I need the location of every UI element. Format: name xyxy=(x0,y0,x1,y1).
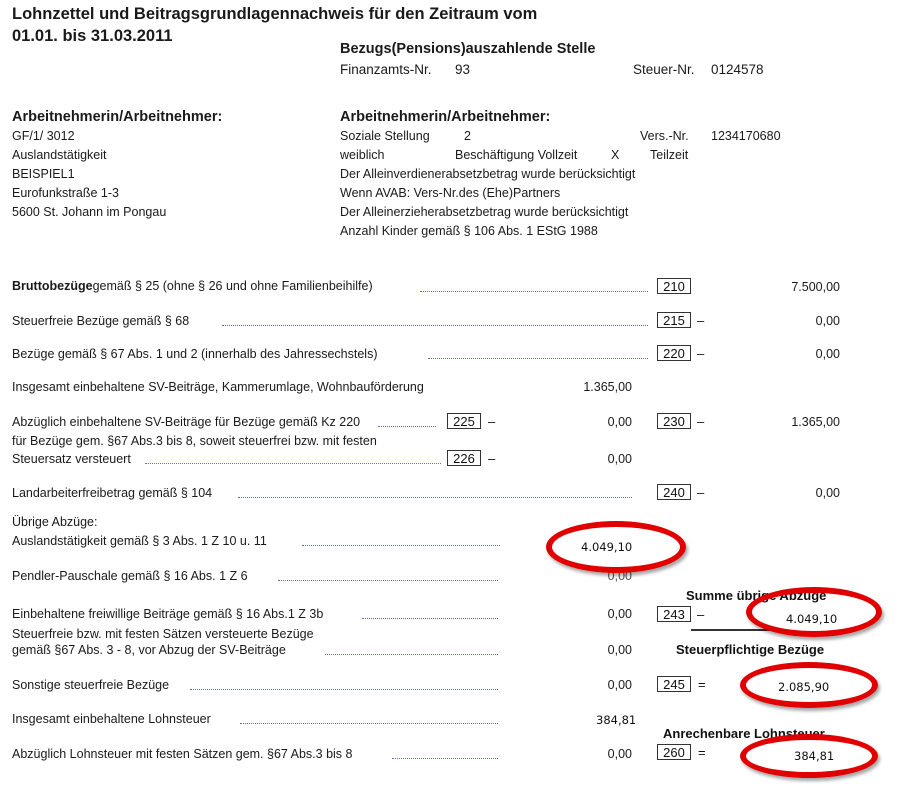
dot-leader xyxy=(145,463,441,464)
kz-245: 245 xyxy=(657,676,691,692)
sonstige-label: Sonstige steuerfreie Bezüge xyxy=(12,678,169,692)
ausland-label: Auslandstätigkeit gemäß § 3 Abs. 1 Z 10 … xyxy=(12,534,267,548)
kz-243: 243 xyxy=(657,606,691,622)
kz-226: 226 xyxy=(447,450,481,466)
sv67-label-line2: Steuersatz versteuert xyxy=(12,452,131,466)
equals-sign: = xyxy=(698,745,706,760)
payer-heading: Bezugs(Pensions)auszahlende Stelle xyxy=(340,41,595,57)
beschaeftigung-label: Beschäftigung Vollzeit xyxy=(455,148,577,162)
minus-sign: – xyxy=(488,451,495,466)
dot-leader xyxy=(325,654,498,655)
document-title-line1: Lohnzettel und Beitragsgrundlagennachwei… xyxy=(12,5,537,24)
minus-sign: – xyxy=(697,607,704,622)
steuer-nr-label: Steuer-Nr. xyxy=(633,62,695,77)
aeab-line: Der Alleinerzieherabsetzbetrag wurde ber… xyxy=(340,205,628,219)
dot-leader xyxy=(238,497,632,498)
kz-215: 215 xyxy=(657,312,691,328)
kz-260: 260 xyxy=(657,744,691,760)
kinder-line: Anzahl Kinder gemäß § 106 Abs. 1 EStG 19… xyxy=(340,224,598,238)
festsatz-label-line2: gemäß §67 Abs. 3 - 8, vor Abzug der SV-B… xyxy=(12,643,286,657)
kz-220: 220 xyxy=(657,345,691,361)
festsatz-label-line1: Steuerfreie bzw. mit festen Sätzen verst… xyxy=(12,627,314,641)
festsatz-value: 0,00 xyxy=(552,643,632,657)
employee-activity: Auslandstätigkeit xyxy=(12,148,107,162)
sv-total-value: 1.365,00 xyxy=(552,380,632,394)
sv-total-label: Insgesamt einbehaltene SV-Beiträge, Kamm… xyxy=(12,380,424,394)
dot-leader xyxy=(302,545,500,546)
steuerpflichtig-label: Steuerpflichtige Bezüge xyxy=(676,642,824,657)
uebrige-heading: Übrige Abzüge: xyxy=(12,515,97,529)
kz-210: 210 xyxy=(657,278,691,294)
anrechenbar-value: 384,81 xyxy=(794,749,834,763)
sv67-value: 0,00 xyxy=(552,452,632,466)
kz-240: 240 xyxy=(657,484,691,500)
lohnsteuer-fest-label: Abzüglich Lohnsteuer mit festen Sätzen g… xyxy=(12,747,353,761)
vollzeit-mark: X xyxy=(611,148,619,162)
minus-sign: – xyxy=(697,485,704,500)
dot-leader xyxy=(378,426,436,427)
gender: weiblich xyxy=(340,148,384,162)
sonstige-mid-value: 0,00 xyxy=(552,678,632,692)
brutto-label: Bruttobezügegemäß § 25 (ohne § 26 und oh… xyxy=(12,279,373,293)
equals-sign: = xyxy=(698,677,706,692)
ausland-value: 4.049,10 xyxy=(581,540,632,554)
document-title-line2: 01.01. bis 31.03.2011 xyxy=(12,27,173,46)
minus-sign: – xyxy=(697,346,704,361)
dot-leader xyxy=(362,618,498,619)
freiwillig-label: Einbehaltene freiwillige Beiträge gemäß … xyxy=(12,607,323,621)
steuerfrei68-label: Steuerfreie Bezüge gemäß § 68 xyxy=(12,314,189,328)
pendler-label: Pendler-Pauschale gemäß § 16 Abs. 1 Z 6 xyxy=(12,569,248,583)
minus-sign: – xyxy=(697,313,704,328)
dot-leader xyxy=(278,580,498,581)
soziale-stellung-label: Soziale Stellung xyxy=(340,129,430,143)
vers-nr-value: 1234170680 xyxy=(711,129,781,143)
employee-left-heading: Arbeitnehmerin/Arbeitnehmer: xyxy=(12,109,222,125)
lohnsteuer-total-value: 384,81 xyxy=(596,713,636,727)
dot-leader xyxy=(420,291,648,292)
lohnsteuer-fest-mid-value: 0,00 xyxy=(552,747,632,761)
finanzamt-value: 93 xyxy=(455,62,470,77)
sv220-label: Abzüglich einbehaltene SV-Beiträge für B… xyxy=(12,415,360,429)
steuerpflichtig-value: 2.085,90 xyxy=(778,680,829,694)
bezuege67-label: Bezüge gemäß § 67 Abs. 1 und 2 (innerhal… xyxy=(12,347,378,361)
kz-230: 230 xyxy=(657,413,691,429)
brutto-label-text: gemäß § 25 (ohne § 26 und ohne Familienb… xyxy=(93,279,373,293)
avab-line: Der Alleinverdienerabsetzbetrag wurde be… xyxy=(340,167,635,181)
employee-id: GF/1/ 3012 xyxy=(12,129,75,143)
employee-right-heading: Arbeitnehmerin/Arbeitnehmer: xyxy=(340,109,550,125)
bezuege67-value: 0,00 xyxy=(760,347,840,361)
sv220-mid-value: 0,00 xyxy=(552,415,632,429)
steuerfrei68-value: 0,00 xyxy=(760,314,840,328)
minus-sign: – xyxy=(697,414,704,429)
soziale-stellung-value: 2 xyxy=(464,129,471,143)
vers-nr-label: Vers.-Nr. xyxy=(640,129,689,143)
freiwillig-mid-value: 0,00 xyxy=(552,607,632,621)
brutto-value: 7.500,00 xyxy=(760,280,840,294)
minus-sign: – xyxy=(488,414,495,429)
employee-city: 5600 St. Johann im Pongau xyxy=(12,205,166,219)
sum-underline xyxy=(691,629,773,631)
sv67-label-line1: für Bezüge gem. §67 Abs.3 bis 8, soweit … xyxy=(12,434,377,448)
teilzeit-label: Teilzeit xyxy=(650,148,688,162)
kz-225: 225 xyxy=(447,413,481,429)
landarbeiter-value: 0,00 xyxy=(760,486,840,500)
employee-street: Eurofunkstraße 1-3 xyxy=(12,186,119,200)
lohnsteuer-total-label: Insgesamt einbehaltene Lohnsteuer xyxy=(12,712,211,726)
summe-uebrige-value: 4.049,10 xyxy=(786,612,837,626)
steuer-nr-value: 0124578 xyxy=(711,62,764,77)
employee-name: BEISPIEL1 xyxy=(12,167,75,181)
dot-leader xyxy=(428,358,648,359)
landarbeiter-label: Landarbeiterfreibetrag gemäß § 104 xyxy=(12,486,212,500)
dot-leader xyxy=(392,758,498,759)
brutto-label-bold: Bruttobezüge xyxy=(12,279,93,293)
dot-leader xyxy=(190,689,498,690)
dot-leader xyxy=(222,325,648,326)
finanzamt-label: Finanzamts-Nr. xyxy=(340,62,432,77)
sv220-value: 1.365,00 xyxy=(760,415,840,429)
dot-leader xyxy=(240,723,498,724)
avab-partner-line: Wenn AVAB: Vers-Nr.des (Ehe)Partners xyxy=(340,186,560,200)
